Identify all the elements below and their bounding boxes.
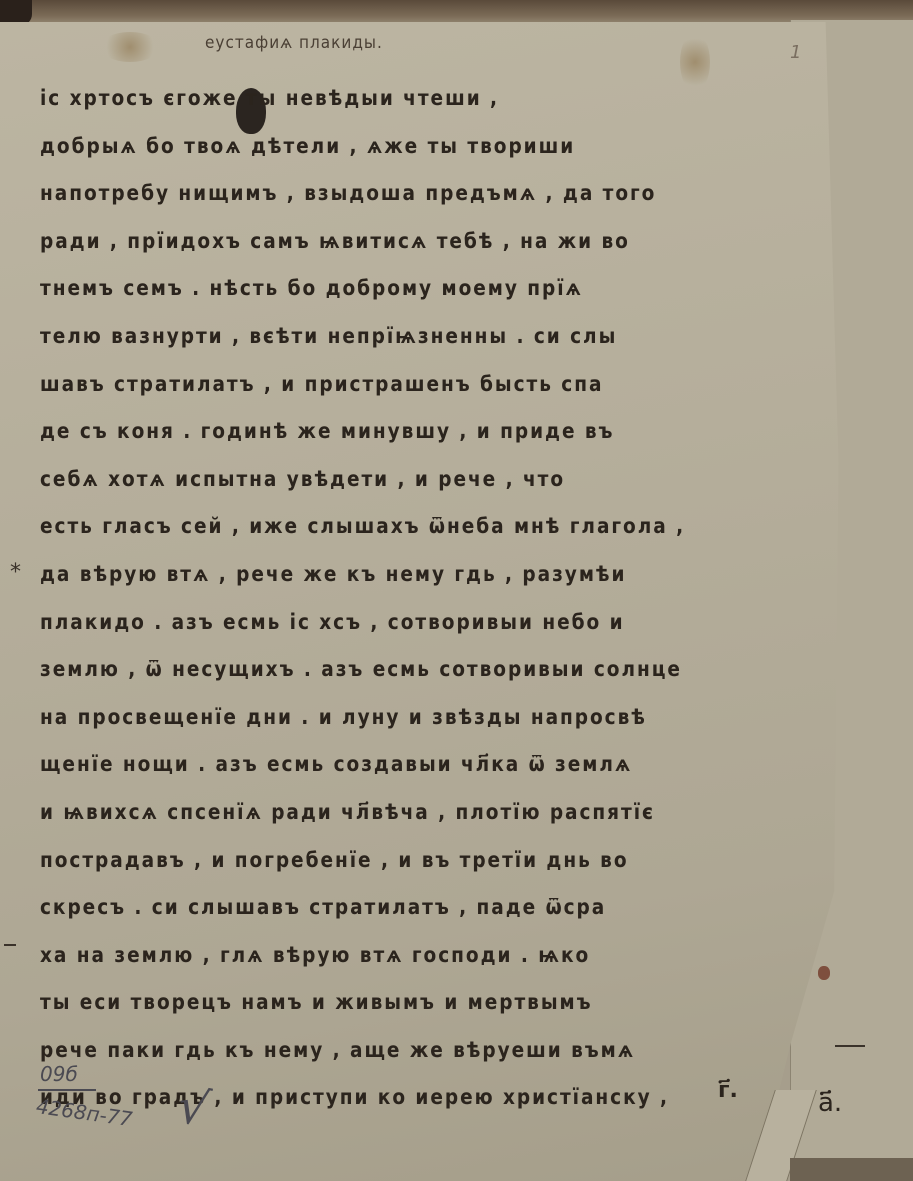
text-line: и ѩвихсѧ спсенїѧ ради чл҃вѣча , плотїю р… xyxy=(40,789,765,837)
shelfmark-rule xyxy=(38,1089,96,1091)
water-stain xyxy=(100,32,160,62)
text-line: ты еси творецъ намъ и живымъ и мертвымъ xyxy=(40,979,765,1027)
margin-dash-left xyxy=(4,944,16,946)
text-line: тнемъ семъ . нѣсть бо доброму моему прїѧ xyxy=(40,265,765,313)
margin-asterisk: * xyxy=(10,560,21,585)
folio-number: 1 xyxy=(790,42,801,63)
binding-strip xyxy=(790,1158,913,1181)
text-block: іс хртосъ єгоже ты невѣдыи чтеши , добры… xyxy=(40,75,780,1122)
text-line: напотребу нищимъ , взыдоша предъмѧ , да … xyxy=(40,170,765,218)
text-line: скресъ . си слышавъ стратилатъ , паде ѿс… xyxy=(40,884,765,932)
running-title: еустафиѧ плакиды. xyxy=(205,33,383,53)
text-line: есть гласъ сей , иже слышахъ ѿнеба мнѣ г… xyxy=(40,503,765,551)
text-line: де съ коня . годинѣ же минувшу , и приде… xyxy=(40,408,765,456)
text-line: да вѣрую втѧ , рече же къ нему гдь , раз… xyxy=(40,551,765,599)
quire-mark: а҃. xyxy=(818,1088,842,1118)
signature-mark: г҃. xyxy=(718,1078,738,1103)
shelfmark: 09б 4268п-77 xyxy=(38,1062,135,1118)
margin-dash-right xyxy=(835,1045,865,1047)
text-line: рече паки гдь къ нему , аще же вѣруеши в… xyxy=(40,1027,765,1075)
text-line: ради , прїидохъ самъ ѩвитисѧ тебѣ , на ж… xyxy=(40,218,765,266)
text-line: добрыѧ бо твоѧ дѣтели , ѧже ты твориши xyxy=(40,123,765,171)
text-line: землю , ѿ несущихъ . азъ есмь сотворивыи… xyxy=(40,646,765,694)
text-line: плакидо . азъ есмь іс хсъ , сотворивыи н… xyxy=(40,599,765,647)
text-line: шавъ стратилатъ , и пристрашенъ бысть сп… xyxy=(40,361,765,409)
text-line: іс хртосъ єгоже ты невѣдыи чтеши , xyxy=(40,75,765,123)
text-line: щенїе нощи . азъ есмь создавыи чл҃ка ѿ з… xyxy=(40,741,765,789)
text-line: пострадавъ , и погребенїе , и въ третїи … xyxy=(40,837,765,885)
text-line: ха на землю , глѧ вѣрую втѧ господи . ѩк… xyxy=(40,932,765,980)
text-line: себѧ хотѧ испытна увѣдети , и рече , что xyxy=(40,456,765,504)
text-line: иди во градъ , и приступи ко иерею христ… xyxy=(40,1074,765,1122)
text-line: на просвещенїе дни . и луну и звѣзды нап… xyxy=(40,694,765,742)
red-stain xyxy=(818,966,830,980)
shelfmark-top: 09б xyxy=(38,1062,135,1086)
text-line: телю вазнурти , вєѣти непрїѩзненны . си … xyxy=(40,313,765,361)
